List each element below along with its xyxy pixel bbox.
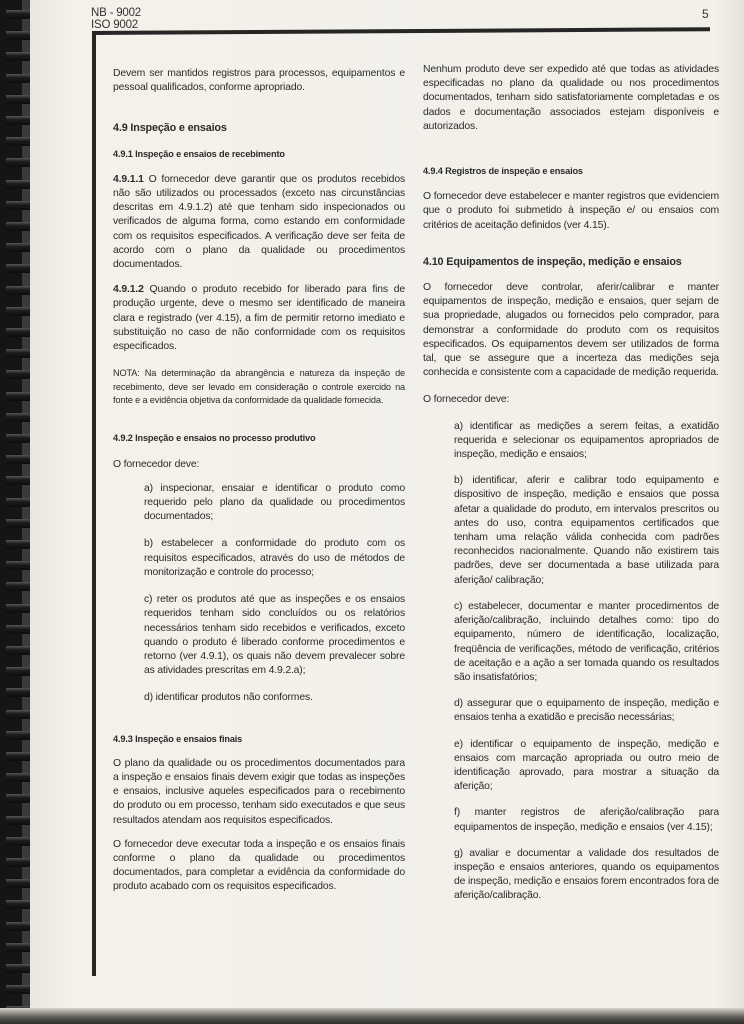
list-item-a: a) identificar as medições a serem feita…: [454, 420, 719, 463]
section-4-10-lead: O fornecedor deve:: [423, 393, 719, 407]
list-item-b: b) estabelecer a conformidade do produto…: [144, 537, 405, 580]
frame-left-rule: [92, 33, 96, 976]
intro-paragraph: Devem ser mantidos registros para proces…: [113, 67, 405, 95]
standard-code-nb: NB - 9002: [91, 7, 141, 19]
binding-spine: [0, 0, 22, 1024]
section-4-9-3-title: 4.9.3 Inspeção e ensaios finais: [113, 732, 405, 746]
right-column: Nenhum produto deve ser expedido até que…: [423, 63, 719, 904]
section-4-9-3-paragraph-3: Nenhum produto deve ser expedido até que…: [423, 63, 719, 134]
section-4-9-3-paragraph-2: O fornecedor deve executar toda a inspeç…: [113, 838, 405, 895]
section-4-9-1-2-paragraph: 4.9.1.2 Quando o produto recebido for li…: [113, 283, 405, 354]
section-4-9-1-1-number: 4.9.1.1: [113, 174, 144, 185]
section-4-9-4-title: 4.9.4 Registros de inspeção e ensaios: [423, 164, 719, 178]
section-4-9-title: 4.9 Inspeção e ensaios: [113, 121, 405, 135]
section-4-9-3-paragraph-1: O plano da qualidade ou os procedimentos…: [113, 757, 405, 828]
list-item-e: e) identificar o equipamento de inspeção…: [454, 738, 719, 795]
standard-code-iso: ISO 9002: [91, 19, 141, 31]
section-4-9-1-1-paragraph: 4.9.1.1 O fornecedor deve garantir que o…: [113, 173, 405, 272]
left-column: Devem ser mantidos registros para proces…: [113, 67, 405, 895]
section-4-9-2-title: 4.9.2 Inspeção e ensaios no processo pro…: [113, 431, 405, 445]
list-item-a: a) inspecionar, ensaiar e identificar o …: [144, 482, 405, 525]
section-4-9-2-list: a) inspecionar, ensaiar e identificar o …: [113, 472, 405, 706]
section-4-9-1-2-number: 4.9.1.2: [113, 284, 144, 295]
list-item-d: d) assegurar que o equipamento de inspeç…: [454, 697, 719, 725]
section-4-10-title: 4.10 Equipamentos de inspeção, medição e…: [423, 255, 719, 269]
list-item-c: c) reter os produtos até que as inspeçõe…: [144, 593, 405, 678]
list-item-c: c) estabelecer, documentar e manter proc…: [454, 600, 719, 685]
list-item-d: d) identificar produtos não conformes.: [144, 691, 405, 705]
section-4-9-1-title: 4.9.1 Inspeção e ensaios de recebimento: [113, 147, 405, 161]
page-number: 5: [702, 7, 709, 21]
standard-code: NB - 9002 ISO 9002: [91, 7, 141, 31]
list-item-g: g) avaliar e documentar a validade dos r…: [454, 847, 719, 904]
section-4-9-2-lead: O fornecedor deve:: [113, 458, 405, 472]
section-4-10-paragraph: O fornecedor deve controlar, aferir/cali…: [423, 281, 719, 380]
list-item-b: b) identificar, aferir e calibrar todo e…: [454, 474, 719, 588]
section-4-10-list: a) identificar as medições a serem feita…: [423, 408, 719, 904]
section-4-9-4-paragraph: O fornecedor deve estabelecer e manter r…: [423, 190, 719, 233]
list-item-f: f) manter registros de aferição/calibraç…: [454, 806, 719, 834]
note-paragraph: NOTA: Na determinação da abrangência e n…: [113, 367, 405, 407]
page-edge-shadow: [0, 1008, 744, 1024]
